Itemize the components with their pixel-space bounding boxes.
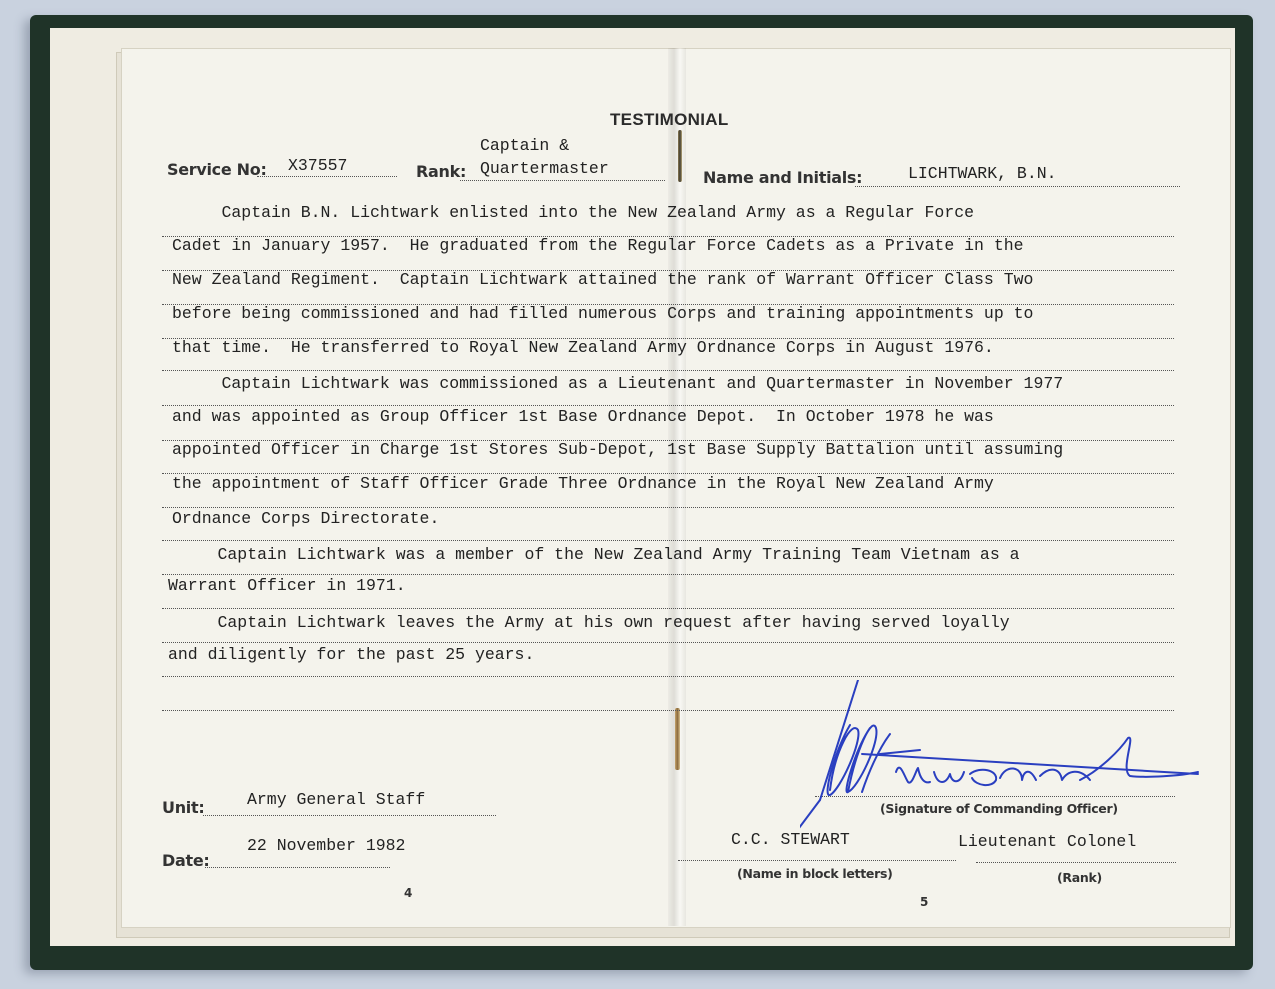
body-line-9: the appointment of Staff Officer Grade T… (172, 474, 994, 493)
name-initials-label: Name and Initials: (703, 168, 862, 187)
rank-label: Rank: (416, 162, 466, 181)
service-no-label: Service No: (167, 160, 267, 179)
staple-top (678, 130, 682, 182)
ruled-line (162, 507, 1174, 508)
body-line-14: and diligently for the past 25 years. (168, 645, 534, 664)
staple-bottom (675, 708, 680, 770)
co-rank-field-line (976, 862, 1176, 863)
service-no-value: X37557 (288, 156, 347, 175)
body-line-4: before being commissioned and had filled… (172, 304, 1033, 323)
handwritten-signature (800, 680, 1210, 860)
unit-value: Army General Staff (247, 790, 425, 809)
service-no-field-line (257, 176, 397, 177)
ruled-line (162, 676, 1174, 677)
body-line-6: Captain Lichtwark was commissioned as a … (172, 374, 1063, 393)
body-line-2: Cadet in January 1957. He graduated from… (172, 236, 1024, 255)
co-rank-caption: (Rank) (1057, 870, 1102, 885)
body-line-5: that time. He transferred to Royal New Z… (172, 338, 994, 357)
ruled-line (162, 574, 1174, 575)
rank-field-line (460, 180, 665, 181)
body-line-10: Ordnance Corps Directorate. (172, 509, 439, 528)
ruled-line (162, 405, 1174, 406)
page-number-right: 5 (920, 895, 928, 909)
rank-value-line1: Captain & (480, 136, 569, 155)
ruled-line (162, 370, 1174, 371)
body-line-11: Captain Lichtwark was a member of the Ne… (168, 545, 1020, 564)
ruled-line (162, 642, 1174, 643)
ruled-line (162, 608, 1174, 609)
page-number-left: 4 (404, 886, 412, 900)
co-name-caption: (Name in block letters) (737, 866, 893, 881)
name-initials-value: LICHTWARK, B.N. (908, 164, 1057, 183)
date-value: 22 November 1982 (247, 836, 405, 855)
body-line-1: Captain B.N. Lichtwark enlisted into the… (172, 203, 974, 222)
body-line-13: Captain Lichtwark leaves the Army at his… (168, 613, 1010, 632)
date-label: Date: (162, 851, 209, 870)
body-line-3: New Zealand Regiment. Captain Lichtwark … (172, 270, 1033, 289)
body-line-7: and was appointed as Group Officer 1st B… (172, 407, 994, 426)
document-title: TESTIMONIAL (610, 110, 729, 130)
name-field-line (855, 186, 1180, 187)
ruled-line (162, 540, 1174, 541)
co-name-field-line (678, 860, 956, 861)
unit-label: Unit: (162, 798, 204, 817)
body-line-12: Warrant Officer in 1971. (168, 576, 406, 595)
unit-field-line (203, 815, 496, 816)
date-field-line (205, 867, 390, 868)
body-line-8: appointed Officer in Charge 1st Stores S… (172, 440, 1063, 459)
rank-value-line2: Quartermaster (480, 159, 609, 178)
